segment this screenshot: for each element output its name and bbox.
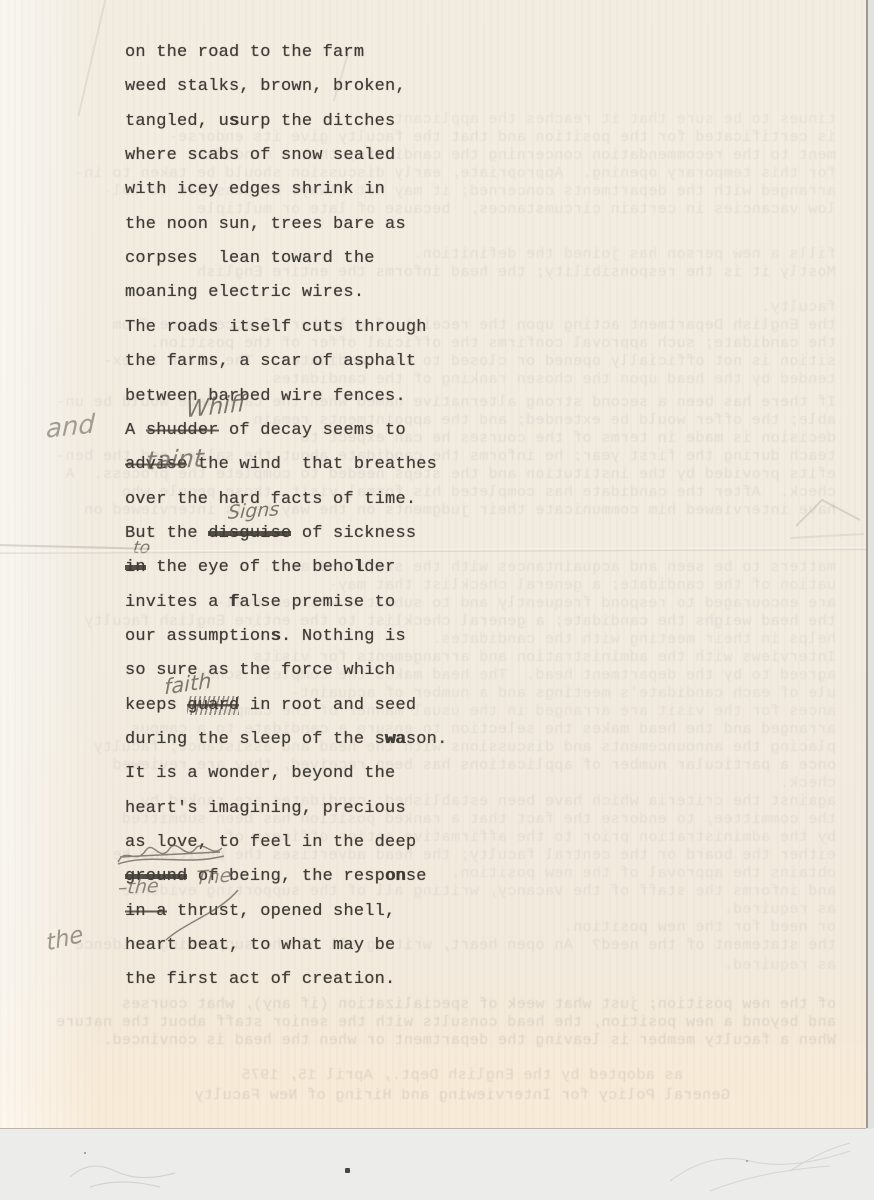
typed-text: . Nothing is [281,627,406,646]
typed-text: urp the ditches [239,112,395,131]
poem-line: between barbed wire fences. [125,388,406,405]
poem-line: heart's imagining, precious [125,800,406,817]
typed-text: on the road to the farm [125,43,364,62]
poem-line: on the road to the farm [125,44,364,61]
typed-text: the farms, a scar of asphalt [125,352,416,371]
paper-sheet: tinues to be sure that it reaches the ap… [0,0,866,1129]
handwritten-note: taint [145,445,205,473]
crease-check-mark [790,488,866,542]
typed-text: alse premise to [239,593,395,612]
typed-text: se [406,867,427,886]
handwritten-note: Signs [227,500,280,523]
typed-text: It is a wonder, beyond the [125,764,395,783]
scribble-mark [116,840,228,870]
typed-text: the eye of the beho [146,558,354,577]
poem-line: The roads itself cuts through [125,319,427,336]
overtyped-text: l [354,558,364,577]
typed-text: the first act of creation. [125,970,395,989]
poem-line: But the disguise of sickness [125,525,416,542]
typed-text: weed stalks, brown, broken, [125,77,406,96]
typed-text: keeps [125,696,187,715]
poem-line: It is a wonder, beyond the [125,765,395,782]
pencil-smudge [60,1147,260,1197]
poem-line: moaning electric wires. [125,284,364,301]
poem-line: in the eye of the beholder [125,559,395,576]
scribble-mark [158,886,248,942]
typed-text: the noon sun, trees bare as [125,215,406,234]
handwritten-note: and [46,411,96,442]
handwritten-note: –the [117,877,159,898]
typed-text: during the sleep of the s [125,730,385,749]
ink-speck [345,1168,350,1173]
typed-text: A [125,421,146,440]
typed-text: corpses lean toward the [125,249,375,268]
poem-line: weed stalks, brown, broken, [125,78,406,95]
scanned-document: tinues to be sure that it reaches the ap… [0,0,874,1200]
poem-text: on the road to the farmweed stalks, brow… [0,0,866,1128]
paper-right-edge [866,0,874,1128]
typed-text: moaning electric wires. [125,283,364,302]
poem-line: the farms, a scar of asphalt [125,353,416,370]
poem-line: A shudder of decay seems to [125,422,406,439]
overtyped-text: wa [385,730,406,749]
struck-word: shudder [146,421,219,440]
poem-line: keeps guard in root and seed [125,697,416,714]
typed-text: between barbed wire fences. [125,387,406,406]
poem-line: with icey edges shrink in [125,181,385,198]
typed-text: tangled, u [125,112,229,131]
typed-text: of sickness [291,524,416,543]
poem-line: during the sleep of the swason. [125,731,447,748]
typed-text: the wind that breathes [187,455,437,474]
overtyped-text: f [229,593,239,612]
pencil-smudge [650,1131,870,1199]
typed-text: in root and seed [239,696,416,715]
typed-text: where scabs of snow sealed [125,146,395,165]
poem-line: where scabs of snow sealed [125,147,395,164]
typed-text: son. [406,730,448,749]
struck-word: disguise [208,524,291,543]
overtyped-text: on [385,867,406,886]
poem-line: our assumptions. Nothing is [125,628,406,645]
typed-text: der [364,558,395,577]
typed-text: invites a [125,593,229,612]
struck-word: guard [187,696,239,715]
handwritten-note: Whiff [186,393,247,423]
typed-text: with icey edges shrink in [125,180,385,199]
poem-line: ground of being, the response [125,868,427,885]
typed-text: heart's imagining, precious [125,799,406,818]
typed-text: of decay seems to [219,421,406,440]
typed-text: The roads itself cuts through [125,318,427,337]
poem-line: the noon sun, trees bare as [125,216,406,233]
overtyped-text: s [229,112,239,131]
poem-line: invites a false premise to [125,594,395,611]
scanner-background [0,1129,874,1200]
poem-line: corpses lean toward the [125,250,375,267]
overtyped-text: s [271,627,281,646]
typed-text: our assumption [125,627,271,646]
poem-line: tangled, usurp the ditches [125,113,395,130]
struck-word: in [125,558,146,577]
poem-line: the first act of creation. [125,971,395,988]
